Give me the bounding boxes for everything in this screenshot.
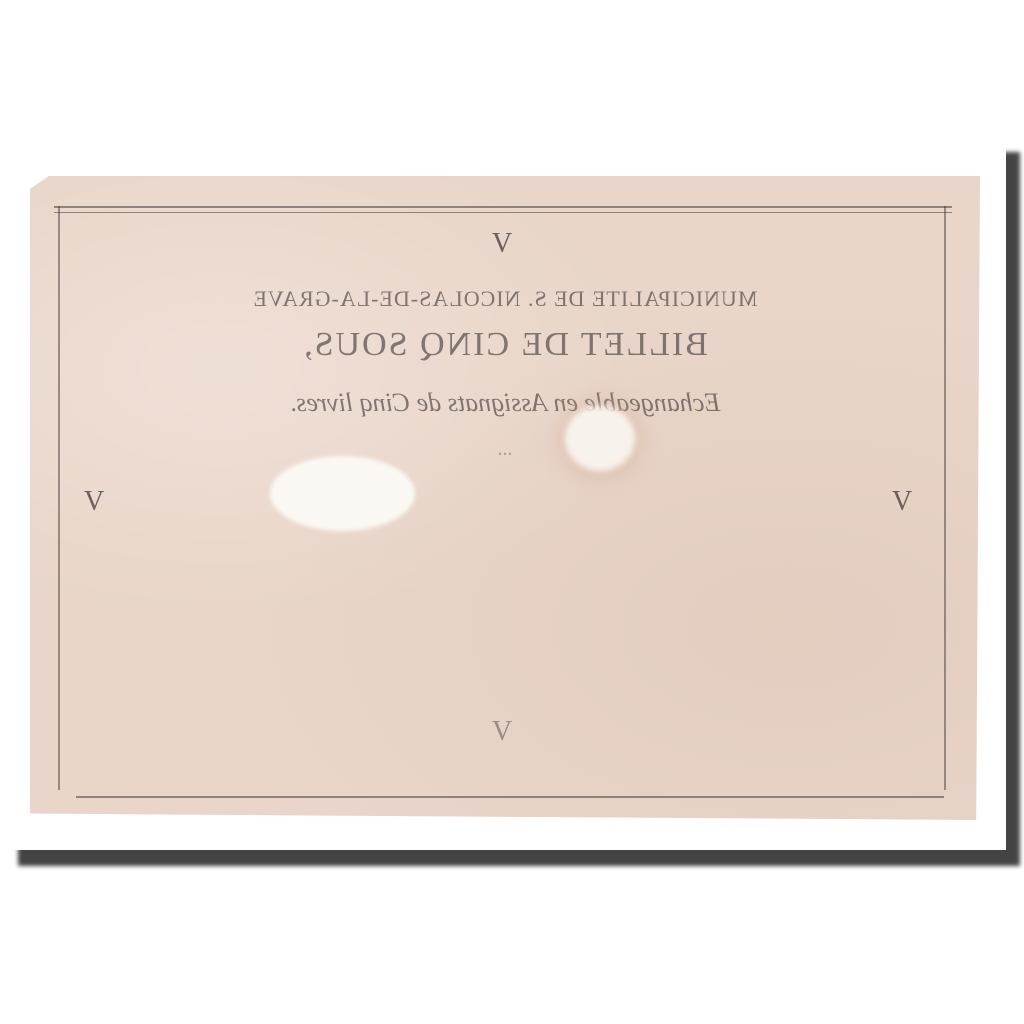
corner-mark-top: V: [492, 228, 512, 260]
corner-mark-left: V: [84, 486, 104, 518]
municipality-line: MUNICIPALITE DE S. NICOLAS-DE-LA-GRAVE: [30, 286, 980, 312]
corner-mark-bottom: V: [492, 716, 512, 748]
paper-stain: [565, 406, 635, 471]
denomination-line: BILLET DE CINQ SOUS,: [30, 326, 980, 364]
corner-mark-right: V: [892, 486, 912, 518]
exchange-line: Echangeable en Assignats de Cinq livres.: [30, 388, 980, 418]
partial-line: ...: [30, 438, 980, 461]
banknote: MUNICIPALITE DE S. NICOLAS-DE-LA-GRAVE B…: [30, 176, 980, 820]
paper-damage-spot: [270, 456, 415, 531]
